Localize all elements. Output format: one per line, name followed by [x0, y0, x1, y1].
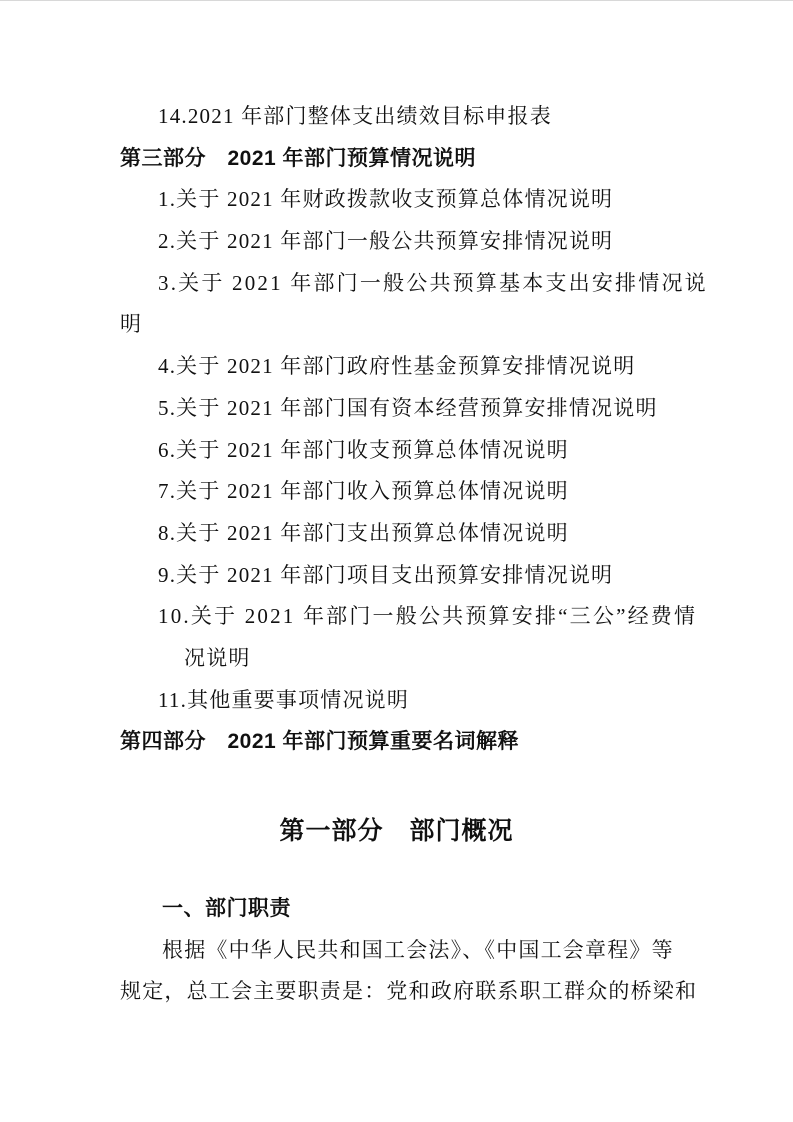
- toc-item-6: 6.关于 2021 年部门收支预算总体情况说明: [120, 430, 673, 472]
- toc-item-10-line-2: 况说明: [120, 638, 673, 680]
- toc-item-3-line-2: 明: [120, 304, 673, 346]
- toc-item-10-line-1: 10.关于 2021 年部门一般公共预算安排“三公”经费情: [120, 596, 673, 638]
- toc-item-9: 9.关于 2021 年部门项目支出预算安排情况说明: [120, 555, 673, 597]
- toc-item-5: 5.关于 2021 年部门国有资本经营预算安排情况说明: [120, 388, 673, 430]
- toc-item-3-line-1: 3.关于 2021 年部门一般公共预算基本支出安排情况说: [120, 263, 673, 305]
- part1-title: 第一部分 部门概况: [120, 811, 673, 853]
- toc-item-4: 4.关于 2021 年部门政府性基金预算安排情况说明: [120, 346, 673, 388]
- section-1-title: 一、部门职责: [120, 888, 673, 930]
- document-page: 14.2021 年部门整体支出绩效目标申报表 第三部分 2021 年部门预算情况…: [0, 0, 793, 1122]
- page-content: 14.2021 年部门整体支出绩效目标申报表 第三部分 2021 年部门预算情况…: [120, 96, 673, 1013]
- blank-line: [120, 763, 673, 805]
- toc-part3-heading: 第三部分 2021 年部门预算情况说明: [120, 138, 673, 180]
- toc-item-2: 2.关于 2021 年部门一般公共预算安排情况说明: [120, 221, 673, 263]
- paragraph-line-2: 规定，总工会主要职责是：党和政府联系职工群众的桥梁和: [120, 971, 673, 1013]
- toc-part4-heading: 第四部分 2021 年部门预算重要名词解释: [120, 721, 673, 763]
- toc-item-8: 8.关于 2021 年部门支出预算总体情况说明: [120, 513, 673, 555]
- toc-item-14: 14.2021 年部门整体支出绩效目标申报表: [120, 96, 673, 138]
- toc-item-7: 7.关于 2021 年部门收入预算总体情况说明: [120, 471, 673, 513]
- paragraph-line-1: 根据《中华人民共和国工会法》、《中国工会章程》等: [120, 930, 673, 972]
- toc-item-1: 1.关于 2021 年财政拨款收支预算总体情况说明: [120, 179, 673, 221]
- toc-item-11: 11.其他重要事项情况说明: [120, 680, 673, 722]
- blank-line: [120, 846, 673, 888]
